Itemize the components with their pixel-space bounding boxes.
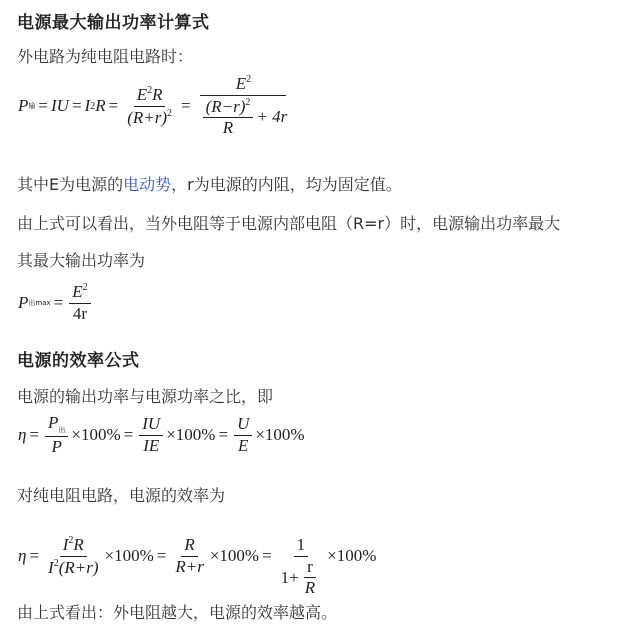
formula-output-power: P输 = IU = I2R = E2R (R+r)2 = E2 (R−r)2R … [18,74,293,138]
emf-note: 其中E为电源的电动势，r为电源的内阻，均为固定值。 [17,172,402,195]
heading-max-power: 电源最大输出功率计算式 [17,8,210,33]
emf-link[interactable]: 电动势 [123,175,171,194]
efficiency-intro: 电源的输出功率与电源功率之比，即 [17,384,273,407]
final-conclusion: 由上式看出：外电阻越大，电源的效率越高。 [17,600,337,623]
formula-max-power: P出max = E2 4r [18,282,94,323]
fraction: E2 4r [69,282,90,323]
fraction: IUIE [139,415,163,455]
formula-efficiency: η = P出P ×100% = IUIE ×100% = UE ×100% [18,414,305,456]
fraction: UE [234,415,252,455]
fraction: P出P [45,414,68,456]
fraction: RR+r [172,536,206,576]
formula-efficiency-pure: η = I2R I2(R+r) ×100% = RR+r ×100% = 1 1… [18,514,376,598]
conclusion-max-power: 由上式可以看出，当外电阻等于电源内部电阻（R=r）时，电源输出功率最大 [17,211,560,234]
heading-efficiency: 电源的效率公式 [17,346,140,371]
max-power-intro: 其最大输出功率为 [17,248,145,271]
pure-resistance-intro: 对纯电阻电路，电源的效率为 [17,483,225,506]
fraction: 1 1+rR [278,536,324,598]
intro-pure-resistance: 外电路为纯电阻电路时： [17,44,193,67]
fraction: I2R I2(R+r) [45,535,101,577]
fraction: E2 (R−r)2R + 4r [197,74,291,138]
fraction: E2R (R+r)2 [124,85,175,127]
